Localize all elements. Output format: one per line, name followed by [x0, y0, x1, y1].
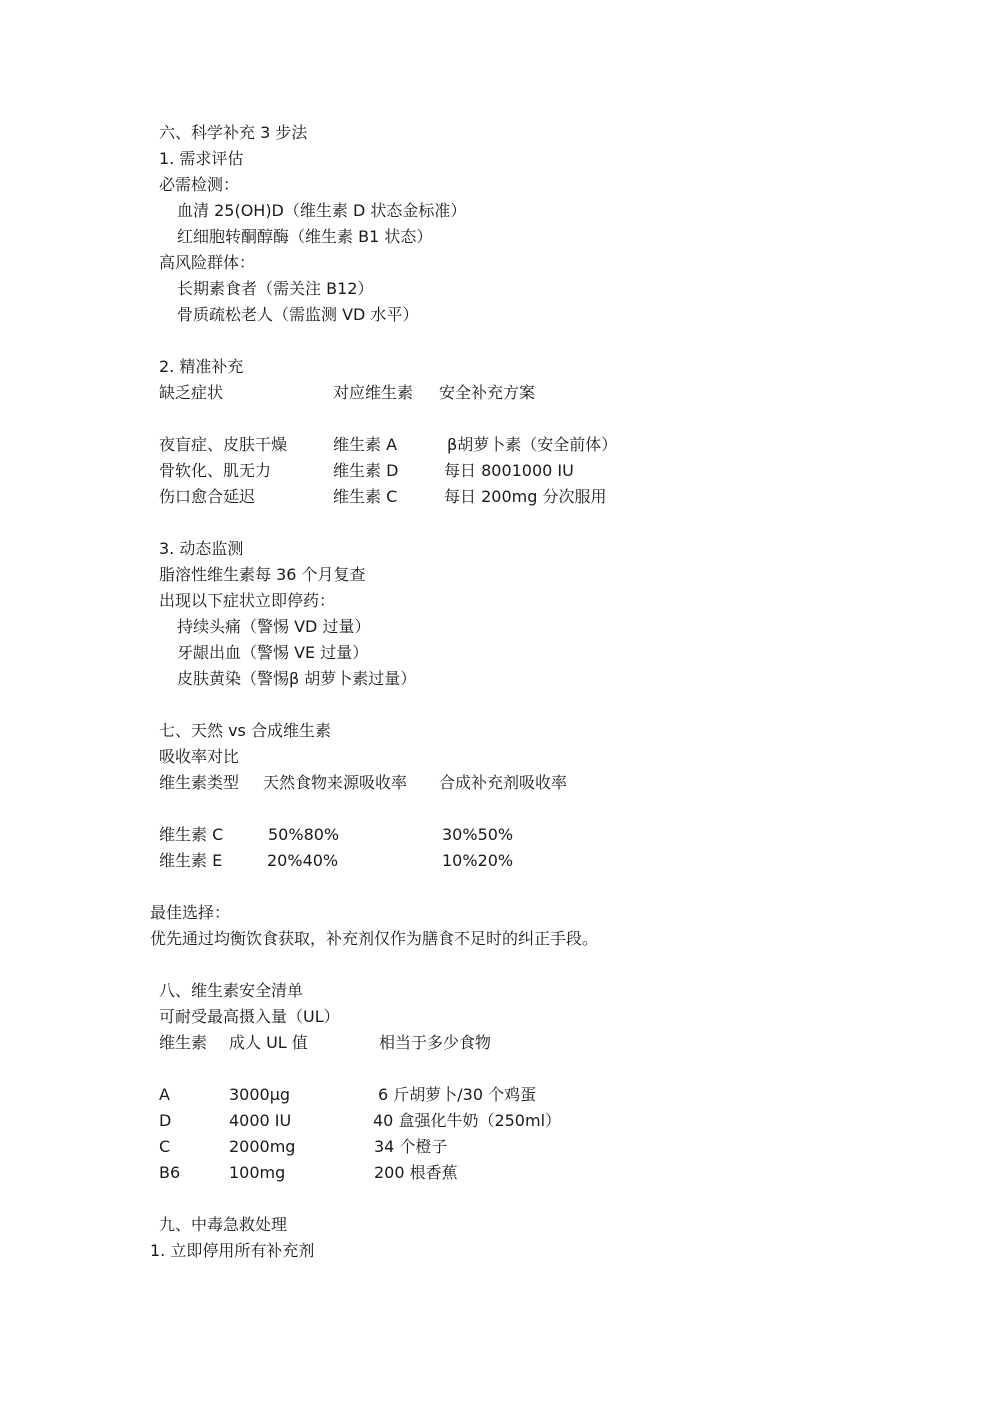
table-cell: 10%20% — [442, 851, 513, 871]
table-cell: 维生素 A — [333, 435, 397, 455]
table-cell: C — [159, 1137, 170, 1157]
table-cell: A — [159, 1085, 170, 1105]
table-cell: 100mg — [229, 1163, 285, 1183]
step3-title: 3. 动态监测 — [159, 539, 243, 559]
table-cell: 20%40% — [267, 851, 338, 871]
table-cell: 每日 8001000 IU — [444, 461, 574, 481]
symptom-item: 持续头痛（警惕 VD 过量） — [177, 617, 370, 637]
table-cell: 维生素 E — [159, 851, 222, 871]
section9-title: 九、中毒急救处理 — [159, 1215, 287, 1235]
table-header: 成人 UL 值 — [229, 1033, 308, 1053]
table-cell: 2000mg — [229, 1137, 295, 1157]
table-cell: 维生素 D — [333, 461, 398, 481]
symptom-item: 皮肤黄染（警惕β 胡萝卜素过量） — [177, 669, 416, 689]
table-cell: 3000μg — [229, 1085, 290, 1105]
required-tests-label: 必需检测： — [159, 175, 239, 195]
table-header: 合成补充剂吸收率 — [439, 773, 567, 793]
table-cell: 40 盒强化牛奶（250ml） — [373, 1111, 561, 1131]
table-cell: B6 — [159, 1163, 180, 1183]
table-cell: D — [159, 1111, 171, 1131]
table-header: 天然食物来源吸收率 — [263, 773, 407, 793]
table-cell: 4000 IU — [229, 1111, 291, 1131]
section7-subtitle: 吸收率对比 — [159, 747, 239, 767]
required-test-item: 红细胞转酮醇酶（维生素 B1 状态） — [177, 227, 432, 247]
best-choice-label: 最佳选择： — [150, 903, 230, 923]
symptom-item: 牙龈出血（警惕 VE 过量） — [177, 643, 368, 663]
high-risk-label: 高风险群体： — [159, 253, 255, 273]
table-header: 维生素 — [159, 1033, 207, 1053]
table-cell: 每日 200mg 分次服用 — [444, 487, 606, 507]
table-cell: 34 个橙子 — [374, 1137, 447, 1157]
table-header: 缺乏症状 — [159, 383, 223, 403]
table-cell: 骨软化、肌无力 — [159, 461, 271, 481]
table-cell: 伤口愈合延迟 — [159, 487, 255, 507]
section9-step1: 1. 立即停用所有补充剂 — [150, 1241, 314, 1261]
table-cell: 30%50% — [442, 825, 513, 845]
section7-title: 七、天然 vs 合成维生素 — [159, 721, 331, 741]
table-header: 安全补充方案 — [439, 383, 535, 403]
high-risk-item: 长期素食者（需关注 B12） — [177, 279, 373, 299]
table-cell: 夜盲症、皮肤干燥 — [159, 435, 287, 455]
table-header: 相当于多少食物 — [379, 1033, 491, 1053]
high-risk-item: 骨质疏松老人（需监测 VD 水平） — [177, 305, 418, 325]
table-header: 维生素类型 — [159, 773, 239, 793]
table-header: 对应维生素 — [333, 383, 413, 403]
table-cell: 50%80% — [268, 825, 339, 845]
section8-title: 八、维生素安全清单 — [159, 981, 303, 1001]
table-cell: 200 根香蕉 — [374, 1163, 458, 1183]
step2-title: 2. 精准补充 — [159, 357, 243, 377]
recheck-text: 脂溶性维生素每 36 个月复查 — [159, 565, 366, 585]
table-cell: β胡萝卜素（安全前体） — [447, 435, 617, 455]
required-test-item: 血清 25(OH)D（维生素 D 状态金标准） — [177, 201, 466, 221]
best-choice-text: 优先通过均衡饮食获取，补充剂仅作为膳食不足时的纠正手段。 — [150, 929, 598, 949]
stop-label: 出现以下症状立即停药： — [159, 591, 335, 611]
table-cell: 维生素 C — [333, 487, 397, 507]
section6-title: 六、科学补充 3 步法 — [159, 123, 307, 143]
step1-title: 1. 需求评估 — [159, 149, 243, 169]
table-cell: 6 斤胡萝卜/30 个鸡蛋 — [378, 1085, 536, 1105]
table-cell: 维生素 C — [159, 825, 223, 845]
section8-subtitle: 可耐受最高摄入量（UL） — [159, 1007, 340, 1027]
